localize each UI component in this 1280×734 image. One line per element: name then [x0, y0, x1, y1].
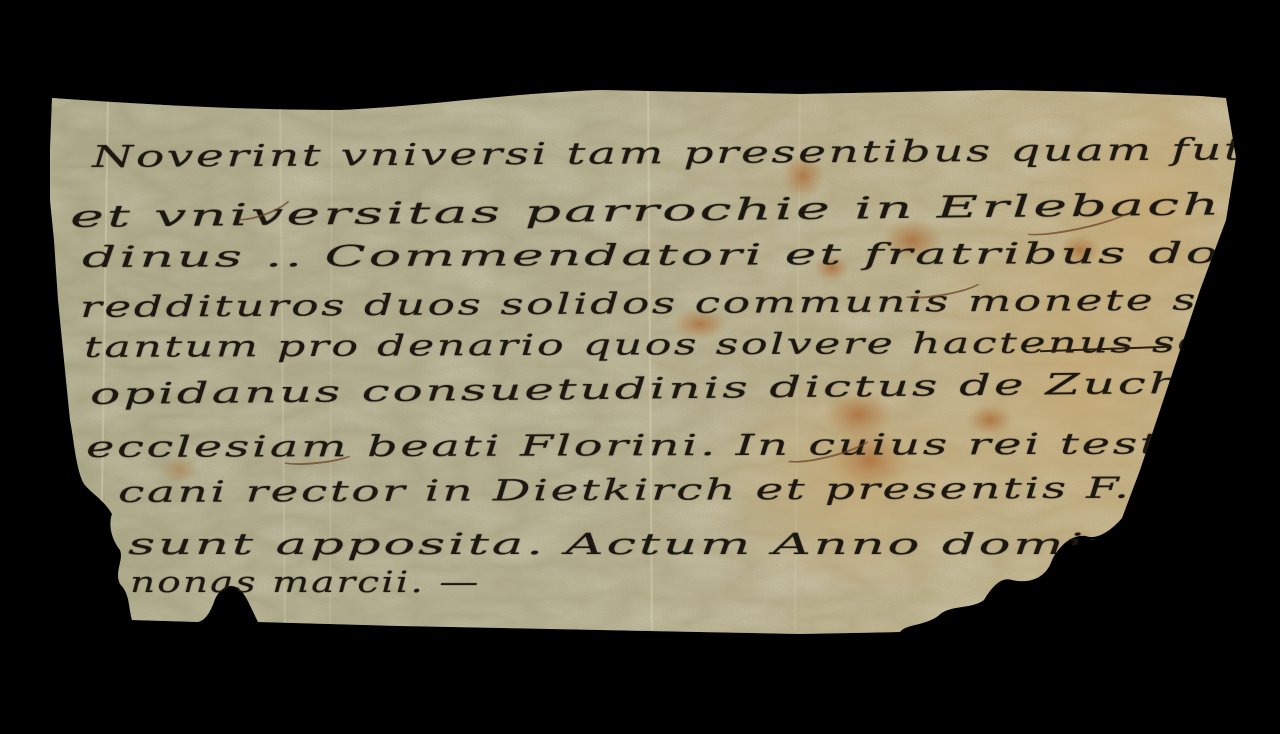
manuscript-line-5: tantum pro denario quos solvere hactenus…	[84, 322, 1280, 364]
manuscript-line-4: reddituros duos solidos communis monete …	[80, 279, 1280, 324]
manuscript-line-1: Noverint vniversi tam presentibus quam f…	[92, 127, 1280, 175]
manuscript-line-8: cani rector in Dietkirch et presentis F.…	[118, 468, 1280, 509]
manuscript-line-10: nonas marcii. —	[130, 565, 480, 599]
manuscript-line-6: opidanus consuetudinis dictus de Zucher …	[89, 359, 1280, 411]
manuscript-line-7: ecclesiam beati Florini. In cuius rei te…	[86, 425, 1280, 464]
photograph: Noverint vniversi tam presentibus quam f…	[0, 0, 1280, 734]
manuscript-line-3: dinus .. Commendatori et fratribus domus…	[82, 233, 1280, 274]
